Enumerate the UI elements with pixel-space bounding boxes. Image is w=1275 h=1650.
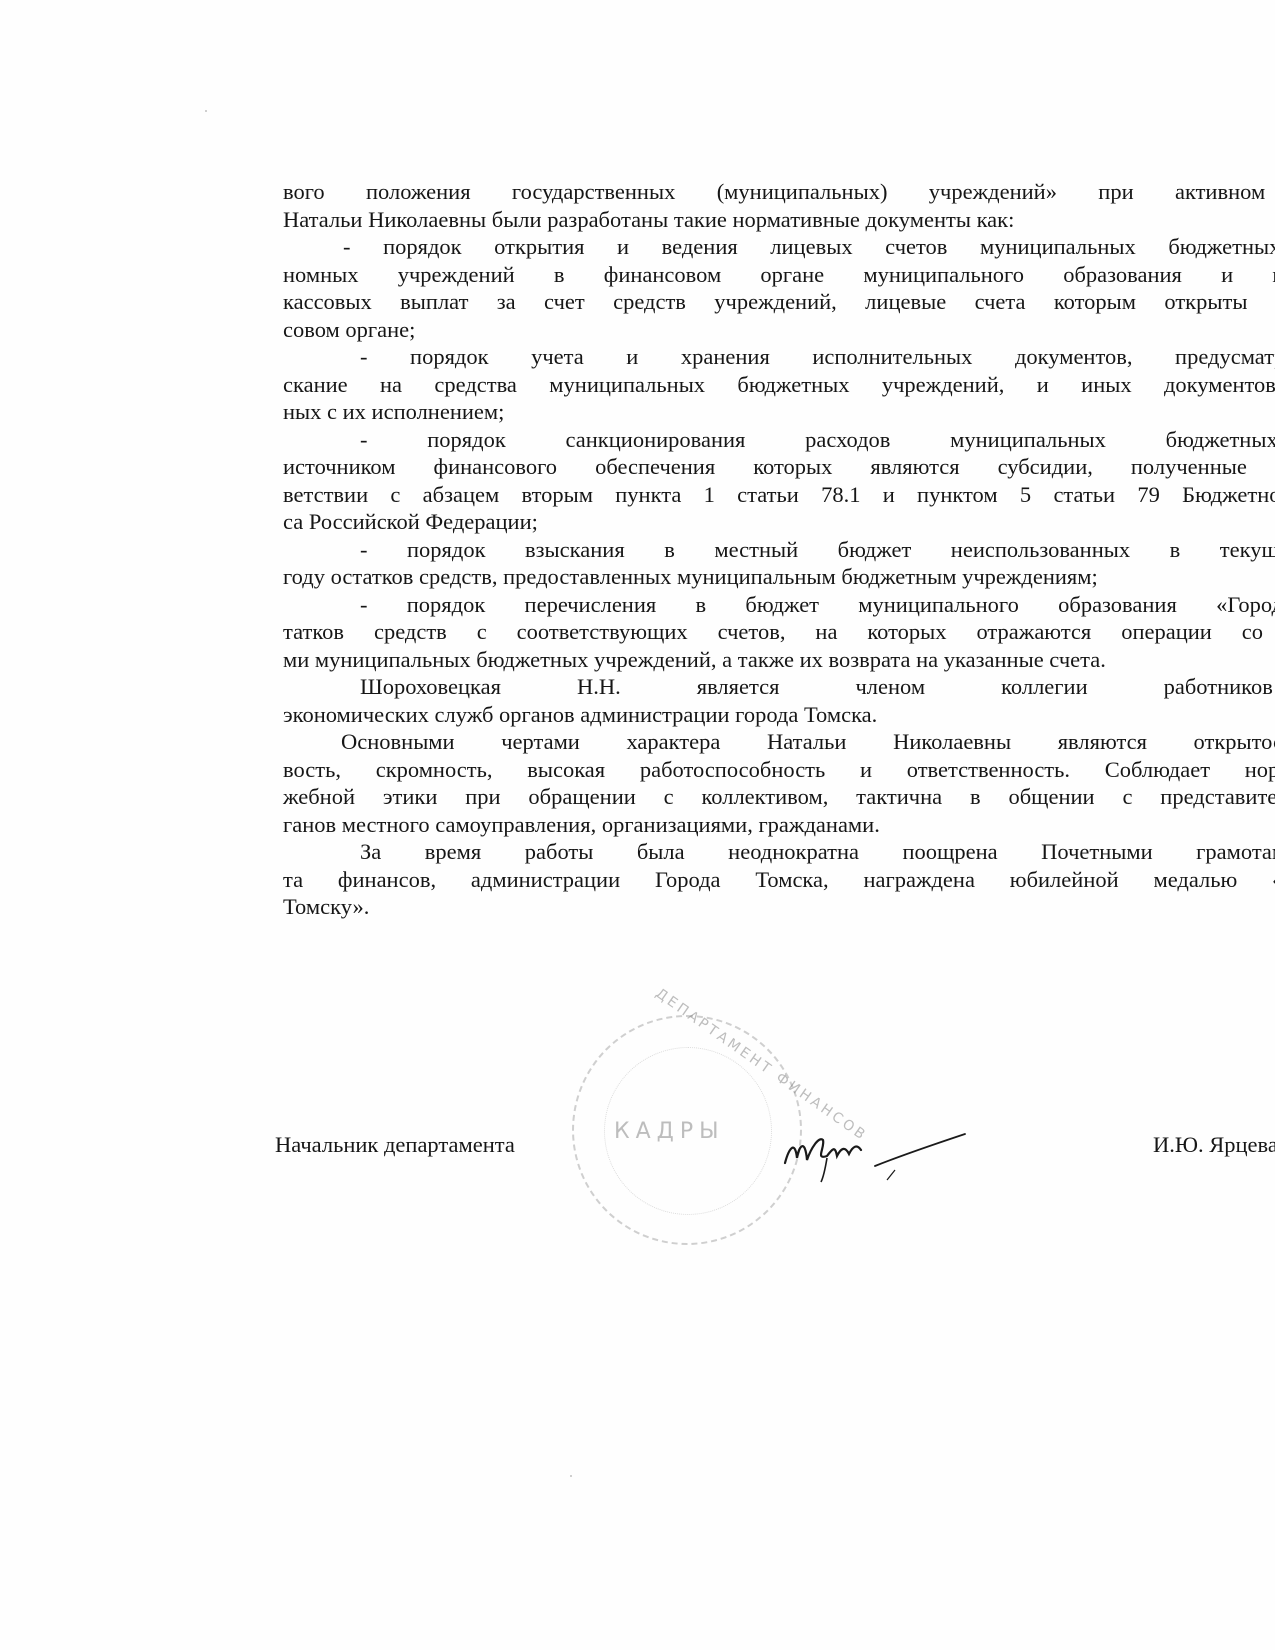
body-line: та финансов, администрации Города Томска… [283,866,1275,894]
body-line: ганов местного самоуправления, организац… [283,811,1275,839]
document-page: вого положения государственных (муниципа… [0,0,1275,1650]
body-line: - порядок взыскания в местный бюджет неи… [283,536,1275,564]
body-line: са Российской Федерации; [283,508,1275,536]
body-line: - порядок санкционирования расходов муни… [283,426,1275,454]
body-line: Томску». [283,893,1275,921]
body-line: экономических служб органов администраци… [283,701,1275,729]
body-line: Натальи Николаевны были разработаны таки… [283,206,1275,234]
body-line: ветствии с абзацем вторым пункта 1 стать… [283,481,1275,509]
body-line: источником финансового обеспечения котор… [283,453,1275,481]
body-line: кассовых выплат за счет средств учрежден… [283,288,1275,316]
body-line: вость, скромность, высокая работоспособн… [283,756,1275,784]
body-line: - порядок перечисления в бюджет муниципа… [283,591,1275,619]
body-line: - порядок учета и хранения исполнительны… [283,343,1275,371]
body-line: году остатков средств, предоставленных м… [283,563,1275,591]
body-line: номных учреждений в финансовом органе му… [283,261,1275,289]
body-line: ми муниципальных бюджетных учреждений, а… [283,646,1275,674]
body-line: татков средств с соответствующих счетов,… [283,618,1275,646]
body-line: жебной этики при обращении с коллективом… [283,783,1275,811]
scan-speck [570,1475,572,1477]
body-line: ных с их исполнением; [283,398,1275,426]
signature-block: Начальник департамента И.Ю. Ярцева [0,1132,1275,1172]
body-line: вого положения государственных (муниципа… [283,178,1275,206]
body-line: - порядок открытия и ведения лицевых сче… [283,233,1275,261]
official-stamp: ДЕПАРТАМЕНТ ФИНАНСОВ КАДРЫ [572,1015,802,1245]
letter-body: вого положения государственных (муниципа… [283,178,1275,921]
signatory-name: И.Ю. Ярцева [1153,1132,1275,1158]
body-line: Основными чертами характера Натальи Нико… [283,728,1275,756]
scan-speck [205,110,207,112]
body-line: Шороховецкая Н.Н. является членом коллег… [283,673,1275,701]
body-line: скание на средства муниципальных бюджетн… [283,371,1275,399]
body-line: За время работы была неоднократна поощре… [283,838,1275,866]
body-line: совом органе; [283,316,1275,344]
signatory-title: Начальник департамента [275,1132,515,1158]
